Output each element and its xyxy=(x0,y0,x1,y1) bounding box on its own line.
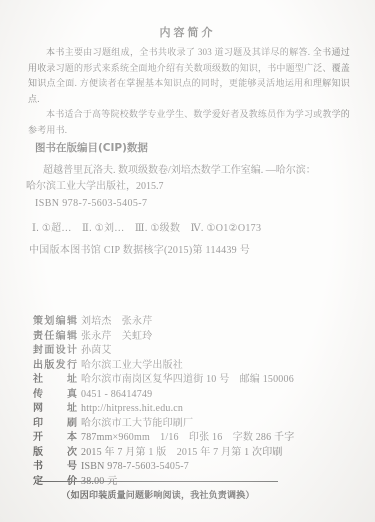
cip-entry-line2: 哈尔滨工业大学出版社，2015.7 xyxy=(26,179,356,195)
content-summary-body: 本书主要由习题组成，全书共收录了 303 道习题及其详尽的解答. 全书通过用收录… xyxy=(28,45,350,138)
colophon-value: 哈尔滨工业大学出版社 xyxy=(81,356,183,371)
colophon-label: 封面设计 xyxy=(33,341,77,356)
cip-entry: 超越普里瓦洛夫. 数项级数卷/刘培杰数学工作室编. —哈尔滨： 哈尔滨工业大学出… xyxy=(26,163,356,212)
colophon-label: 定价 xyxy=(33,472,77,487)
colophon-row: 封面设计 孙茵艾 xyxy=(33,341,353,356)
colophon-row: 书号 ISBN 978-7-5603-5405-7 xyxy=(33,457,353,472)
colophon-label: 出版发行 xyxy=(33,356,77,371)
colophon-row: 印刷 哈尔滨市工大节能印刷厂 xyxy=(33,414,353,429)
colophon-row: 社址 哈尔滨市南岗区复华四道街 10 号 邮编 150006 xyxy=(33,370,353,385)
colophon-value: 孙茵艾 xyxy=(81,341,112,356)
cip-record-number: 中国版本图书馆 CIP 数据核字(2015)第 114439 号 xyxy=(29,241,250,256)
colophon-row: 出版发行 哈尔滨工业大学出版社 xyxy=(33,356,353,371)
colophon-value: http://hitpress.hit.edu.cn xyxy=(81,403,183,414)
divider-line xyxy=(38,481,278,482)
colophon-label: 书号 xyxy=(33,457,77,472)
cip-heading: 图书在版编目(CIP)数据 xyxy=(35,140,148,155)
summary-paragraph-1: 本书主要由习题组成，全书共收录了 303 道习题及其详尽的解答. 全书通过用收录… xyxy=(28,45,350,107)
colophon-value: 2015 年 7 月第 1 版 2015 年 7 月第 1 次印刷 xyxy=(81,443,283,458)
colophon-row: 定价 38.00 元 xyxy=(33,472,353,487)
colophon-value: 哈尔滨市南岗区复华四道街 10 号 邮编 150006 xyxy=(81,370,294,385)
reprint-notice: （如因印装质量问题影响阅读，我社负责调换） xyxy=(38,488,278,501)
colophon-label: 传真 xyxy=(33,385,77,400)
colophon-value: 787mm×960mm 1/16 印张 16 字数 286 千字 xyxy=(81,428,294,443)
cip-entry-line1: 超越普里瓦洛夫. 数项级数卷/刘培杰数学工作室编. —哈尔滨： xyxy=(26,163,356,179)
colophon-row: 策划编辑 刘培杰 张永芹 xyxy=(33,312,353,327)
colophon-label: 开本 xyxy=(33,428,77,443)
cip-classification: Ⅰ. ①超… Ⅱ. ①刘… Ⅲ. ①级数 Ⅳ. ①O1②O173 xyxy=(32,219,261,234)
colophon-value: 哈尔滨市工大节能印刷厂 xyxy=(81,414,193,429)
summary-paragraph-2: 本书适合于高等院校数学专业学生、数学爱好者及教练员作为学习或教学的参考用书. xyxy=(28,107,350,138)
colophon-row: 版次 2015 年 7 月第 1 版 2015 年 7 月第 1 次印刷 xyxy=(33,443,353,458)
colophon-value: ISBN 978-7-5603-5405-7 xyxy=(81,461,189,472)
colophon-value: 38.00 元 xyxy=(81,472,117,487)
colophon-row: 开本 787mm×960mm 1/16 印张 16 字数 286 千字 xyxy=(33,428,353,443)
colophon-label: 社址 xyxy=(33,370,77,385)
colophon-label: 网址 xyxy=(33,399,77,414)
colophon-value: 刘培杰 张永芹 xyxy=(81,312,152,327)
colophon-label: 策划编辑 xyxy=(33,312,77,327)
colophon-label: 版次 xyxy=(33,443,77,458)
colophon-label: 印刷 xyxy=(33,414,77,429)
colophon-label: 责任编辑 xyxy=(33,327,77,342)
colophon-value: 张永芹 关虹玲 xyxy=(81,327,152,342)
copyright-page: 内容简介 本书主要由习题组成，全书共收录了 303 道习题及其详尽的解答. 全书… xyxy=(0,0,375,522)
cip-entry-isbn: ISBN 978-7-5603-5405-7 xyxy=(26,196,356,212)
colophon-row: 网址 http://hitpress.hit.edu.cn xyxy=(33,399,353,414)
colophon-row: 传真 0451 - 86414749 xyxy=(33,385,353,400)
colophon-table: 策划编辑 刘培杰 张永芹 责任编辑 张永芹 关虹玲 封面设计 孙茵艾 出版发行 … xyxy=(33,312,353,486)
colophon-value: 0451 - 86414749 xyxy=(81,389,152,400)
content-summary-title: 内容简介 xyxy=(0,24,375,40)
colophon-row: 责任编辑 张永芹 关虹玲 xyxy=(33,327,353,342)
